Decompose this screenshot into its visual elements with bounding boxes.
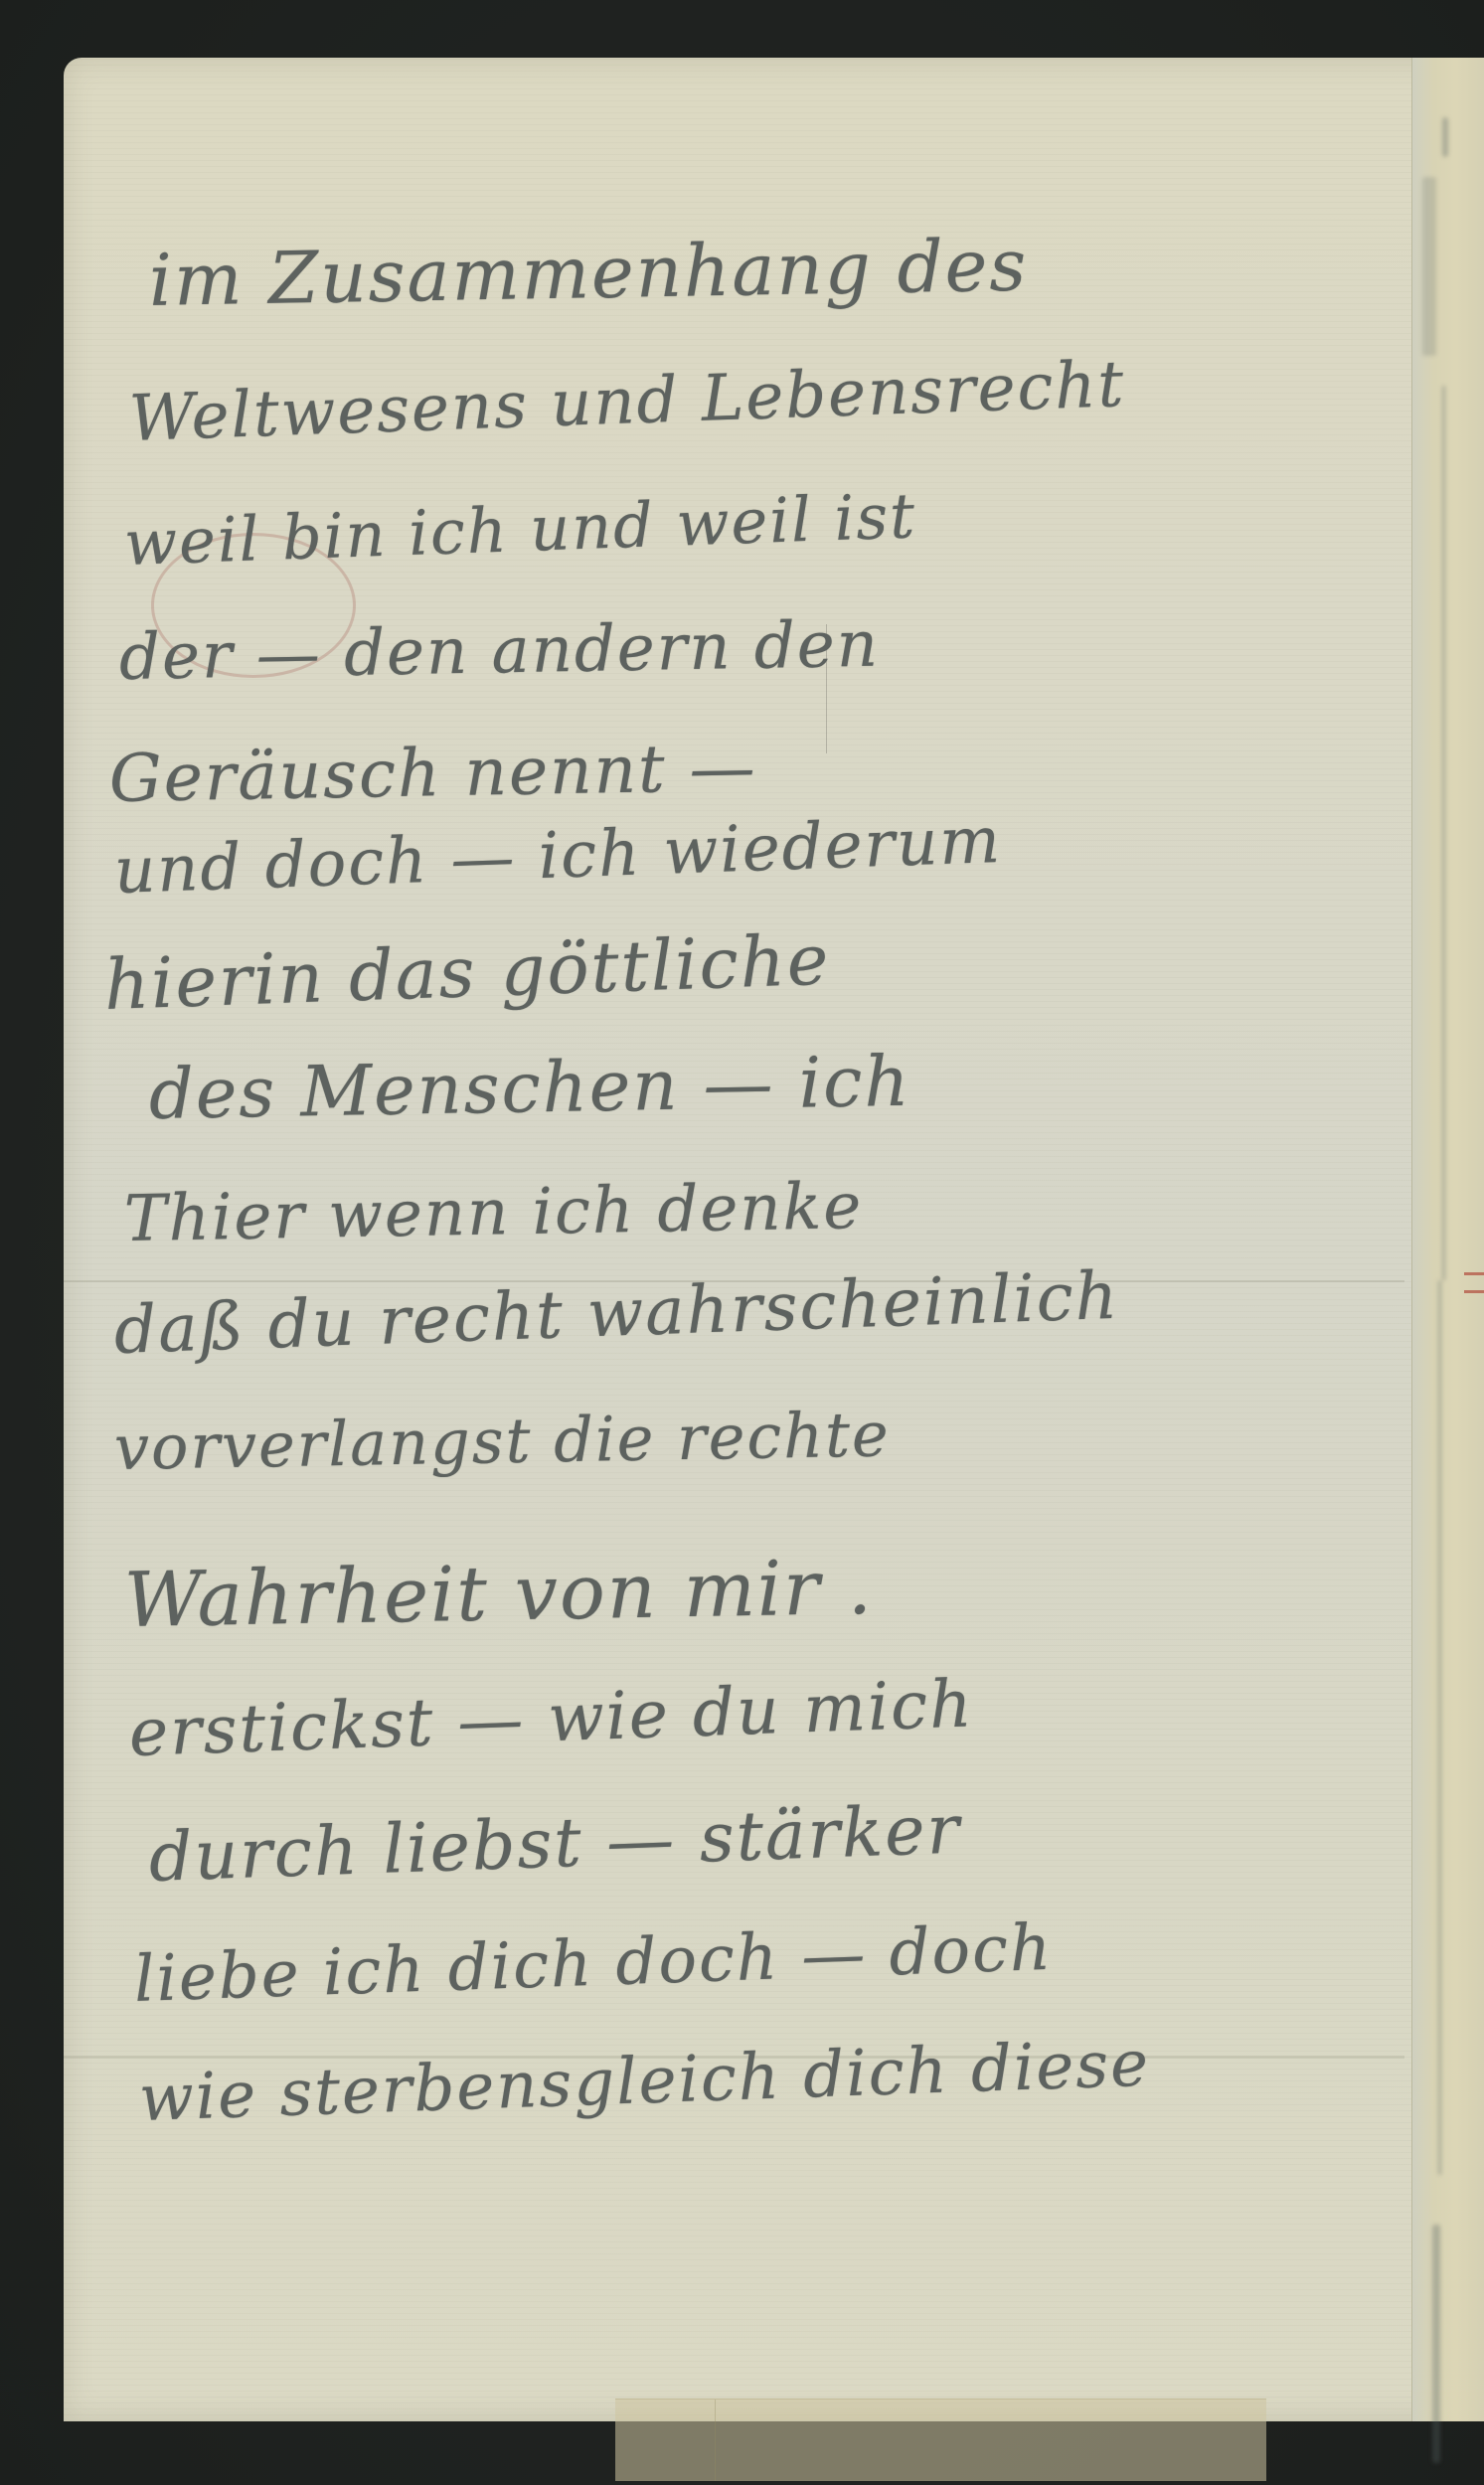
handwriting-line: des Menschen — ich (148, 1041, 911, 1135)
handwriting-line: hierin das göttliche (103, 919, 832, 1026)
handwriting-line: Weltwesens und Lebensrecht (128, 348, 1127, 456)
handwriting-line: der — den andern den (118, 608, 880, 695)
handwriting-line: wie sterbensgleich dich diese (138, 2028, 1151, 2136)
handwriting-line: weil bin ich und weil ist (123, 479, 917, 580)
handwriting-line: und doch — ich wiederum (113, 804, 1003, 909)
handwriting-line: daß du recht wahrscheinlich (113, 1257, 1121, 1369)
handwriting-line: Thier wenn ich denke (123, 1170, 863, 1256)
handwriting-line: liebe ich dich doch — doch (133, 1911, 1055, 2017)
handwriting-line: durch liebst — stärker (148, 1791, 963, 1898)
handwriting-line: vorverlangst die rechte (113, 1398, 891, 1484)
handwriting-line: im Zusammenhang des (148, 224, 1029, 322)
handwriting-line: Wahrheit von mir . (123, 1543, 874, 1644)
handwritten-text: im Zusammenhang des Weltwesens und Leben… (0, 0, 1484, 2485)
handwriting-line: Geräusch nennt — (108, 730, 757, 817)
handwriting-line: erstickst — wie du mich (128, 1665, 975, 1771)
